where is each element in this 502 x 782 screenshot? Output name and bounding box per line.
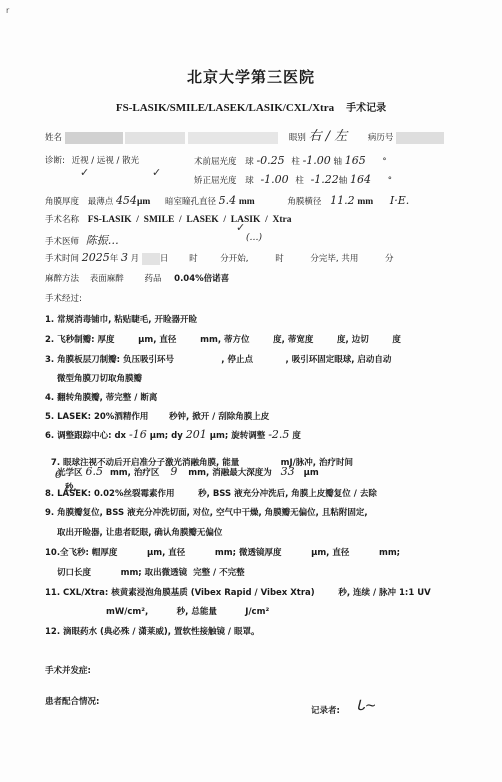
step-2: 2. 飞秒制瓣: 厚度 μm, 直径 mm, 蒂方位 度, 蒂宽度 度, 边切 …	[45, 333, 401, 345]
anesthesia-value: 表面麻醉	[90, 274, 124, 284]
corner-mark: r	[6, 6, 9, 15]
surgery-name-row: 手术名称 FS-LASIK / SMILE / LASEK / LASIK / …	[45, 213, 291, 225]
step6-mid: μm; dy	[150, 431, 183, 441]
um-unit: μm	[304, 468, 319, 478]
step-10-cont: 切口长度 mm; 取出微透镜 完整 / 不完整	[57, 566, 245, 578]
pupil-label: 暗室瞳孔直径	[165, 197, 216, 207]
step-5: 5. LASEK: 20%酒精作用 秒钟, 掀开 / 刮除角膜上皮	[45, 410, 269, 422]
preop-sphere-value: -0.25	[256, 154, 284, 167]
rotation-value: -2.5	[268, 428, 289, 441]
um-unit: μm	[137, 197, 150, 207]
corr-sphere-value: -1.00	[260, 173, 288, 186]
hour-unit: 时	[189, 254, 198, 264]
step-10: 10.全飞秒: 帽厚度 μm, 直径 mm; 微透镜厚度 μm, 直径 mm;	[45, 546, 400, 558]
corrected-refraction-row: 矫正屈光度 球 -1.00 柱 -1.22轴 164 °	[194, 173, 392, 186]
step-12: 12. 滴眼药水 (典必殊 / 潇莱威), 置软性接触镜 / 眼罩。	[45, 625, 259, 637]
pupil-value: 5.4	[219, 194, 237, 207]
thinnest-value: 454	[116, 194, 137, 207]
degree-symbol: °	[382, 157, 386, 167]
name-label: 姓名	[45, 133, 62, 143]
treatment-zone-label: mm, 治疗区	[110, 468, 159, 478]
dx-value: -16	[129, 428, 147, 441]
rotation-label: μm; 旋转调整	[210, 431, 265, 441]
surgery-note: (…)	[246, 233, 262, 243]
treatment-zone-value: 9	[170, 465, 177, 478]
surgery-time-row: 手术时间 2025年 3 月 日 时 分开始, 时 分完毕, 共用 分	[45, 251, 394, 265]
degree-symbol: °	[388, 176, 392, 186]
eye-label: 眼别	[289, 133, 306, 143]
corrected-refraction-label: 矫正屈光度	[194, 176, 237, 186]
cyl-label: 柱	[295, 176, 304, 186]
check-myopia: ✓	[80, 166, 89, 179]
drug-label: 药品	[144, 274, 161, 284]
diagnosis-options: 近视 / 远视 / 散光	[72, 156, 140, 166]
month-value: 3	[121, 251, 128, 264]
surgery-options: FS-LASIK / SMILE / LASEK / LASIK / Xtra	[88, 215, 292, 225]
mm-unit: mm	[357, 197, 373, 207]
surgeon-label: 手术医师	[45, 237, 79, 247]
sphere-label: 球	[245, 176, 254, 186]
time-label: 手术时间	[45, 254, 79, 264]
anesthesia-label: 麻醉方法	[45, 274, 79, 284]
corr-axis-value: 164	[350, 173, 371, 186]
axis-label: 轴	[334, 157, 343, 167]
start-text: 分开始,	[220, 254, 248, 264]
mm-unit: mm	[239, 197, 255, 207]
redacted-day	[142, 253, 160, 265]
step-1: 1. 常规消毒铺巾, 粘贴睫毛, 开睑器开睑	[45, 313, 197, 325]
step-11-cont: mW/cm², 秒, 总能量 J/cm²	[106, 605, 269, 617]
complications-label: 手术并发症:	[45, 664, 91, 676]
drug-value: 0.04%倍诺喜	[174, 274, 229, 284]
end-text: 分完毕, 共用	[310, 254, 358, 264]
month-unit: 月	[131, 254, 140, 264]
year-value: 2025	[82, 251, 110, 264]
check-astigmatism: ✓	[152, 166, 161, 179]
form-title-procedures: FS-LASIK/SMILE/LASEK/LASIK/CXL/Xtra	[116, 102, 334, 114]
anesthesia-row: 麻醉方法 表面麻醉 药品 0.04%倍诺喜	[45, 272, 229, 284]
patient-info-row: 姓名 眼别 右 / 左 病历号	[45, 125, 444, 144]
eye-value: 右 / 左	[309, 129, 348, 144]
diagnosis-label: 诊断:	[45, 156, 65, 166]
step-3-cont: 微型角膜刀切取角膜瓣	[57, 372, 142, 384]
step-4: 4. 翻转角膜瓣, 蒂完整 / 断离	[45, 391, 157, 403]
cornea-thickness-label: 角膜厚度	[45, 197, 79, 207]
surgeon-signature: 陈振…	[86, 234, 119, 247]
recorder-signature: ᒐ~	[356, 698, 377, 714]
preop-refraction-label: 术前屈光度	[194, 157, 237, 167]
dy-value: 201	[186, 428, 207, 441]
step6-prefix: 6. 调整跟踪中心: dx	[45, 431, 126, 441]
step-9-cont: 取出开睑器, 让患者眨眼, 确认角膜瓣无偏位	[57, 526, 222, 538]
axis-label: 轴	[339, 176, 348, 186]
margin-note: I·E.	[390, 194, 409, 207]
preop-refraction-row: 术前屈光度 球 -0.25 柱 -1.00 轴 165 °	[194, 154, 387, 167]
preop-cyl-value: -1.00	[303, 154, 331, 167]
cornea-row: 角膜厚度 最薄点 454μm 暗室瞳孔直径 5.4 mm 角膜横径 11.2 m…	[45, 194, 409, 207]
sphere-label: 球	[245, 157, 254, 167]
optical-zone-label: 光学区	[57, 468, 83, 478]
cornea-diameter-label: 角膜横径	[287, 197, 321, 207]
degree-unit: 度	[292, 431, 301, 441]
surgeon-row: 手术医师 陈振…	[45, 232, 119, 248]
hospital-name: 北京大学第三医院	[0, 66, 502, 87]
optical-zone-value: 6.5	[85, 465, 103, 478]
day-unit: 日	[160, 254, 169, 264]
diagnosis-row: 诊断: 近视 / 远视 / 散光	[45, 154, 139, 166]
redacted-name-2	[125, 132, 185, 144]
record-no-label: 病历号	[368, 133, 394, 143]
depth-label: mm, 消融最大深度为	[188, 468, 271, 478]
step-6: 6. 调整跟踪中心: dx -16 μm; dy 201 μm; 旋转调整 -2…	[45, 428, 301, 441]
step-7-cont: 光学区 6.5 mm, 治疗区 9 mm, 消融最大深度为 33 μm	[57, 465, 319, 478]
corr-cyl-value: -1.22	[311, 173, 339, 186]
depth-value: 33	[281, 465, 295, 478]
year-unit: 年	[110, 254, 119, 264]
cornea-diameter-value: 11.2	[330, 194, 355, 207]
recorder-label: 记录者:	[311, 704, 340, 716]
redacted-name-3	[188, 132, 278, 144]
step-9: 9. 角膜瓣复位, BSS 液充分冲洗切面, 对位, 空气中干燥, 角膜瓣无偏位…	[45, 506, 368, 518]
redacted-record-no	[396, 132, 444, 144]
hour-unit: 时	[275, 254, 284, 264]
surgery-name-label: 手术名称	[45, 215, 79, 225]
step-11: 11. CXL/Xtra: 核黄素浸泡角膜基质 (Vibex Rapid / V…	[45, 586, 431, 598]
thinnest-label: 最薄点	[88, 197, 114, 207]
step-8: 8. LASEK: 0.02%丝裂霉素作用 秒, BSS 液充分冲洗后, 角膜上…	[45, 487, 377, 499]
cooperation-label: 患者配合情况:	[45, 695, 99, 707]
min-unit: 分	[385, 254, 394, 264]
procedure-label: 手术经过:	[45, 292, 82, 304]
redacted-name	[65, 132, 123, 144]
form-title-cn: 手术记录	[346, 103, 386, 114]
cyl-label: 柱	[291, 157, 300, 167]
step-3: 3. 角膜板层刀制瓣: 负压吸引环号 , 停止点 , 吸引环固定眼球, 启动自动	[45, 353, 391, 365]
preop-axis-value: 165	[345, 154, 366, 167]
form-title: FS-LASIK/SMILE/LASEK/LASIK/CXL/Xtra手术记录	[0, 99, 502, 114]
check-lasek: ✓	[236, 221, 245, 234]
